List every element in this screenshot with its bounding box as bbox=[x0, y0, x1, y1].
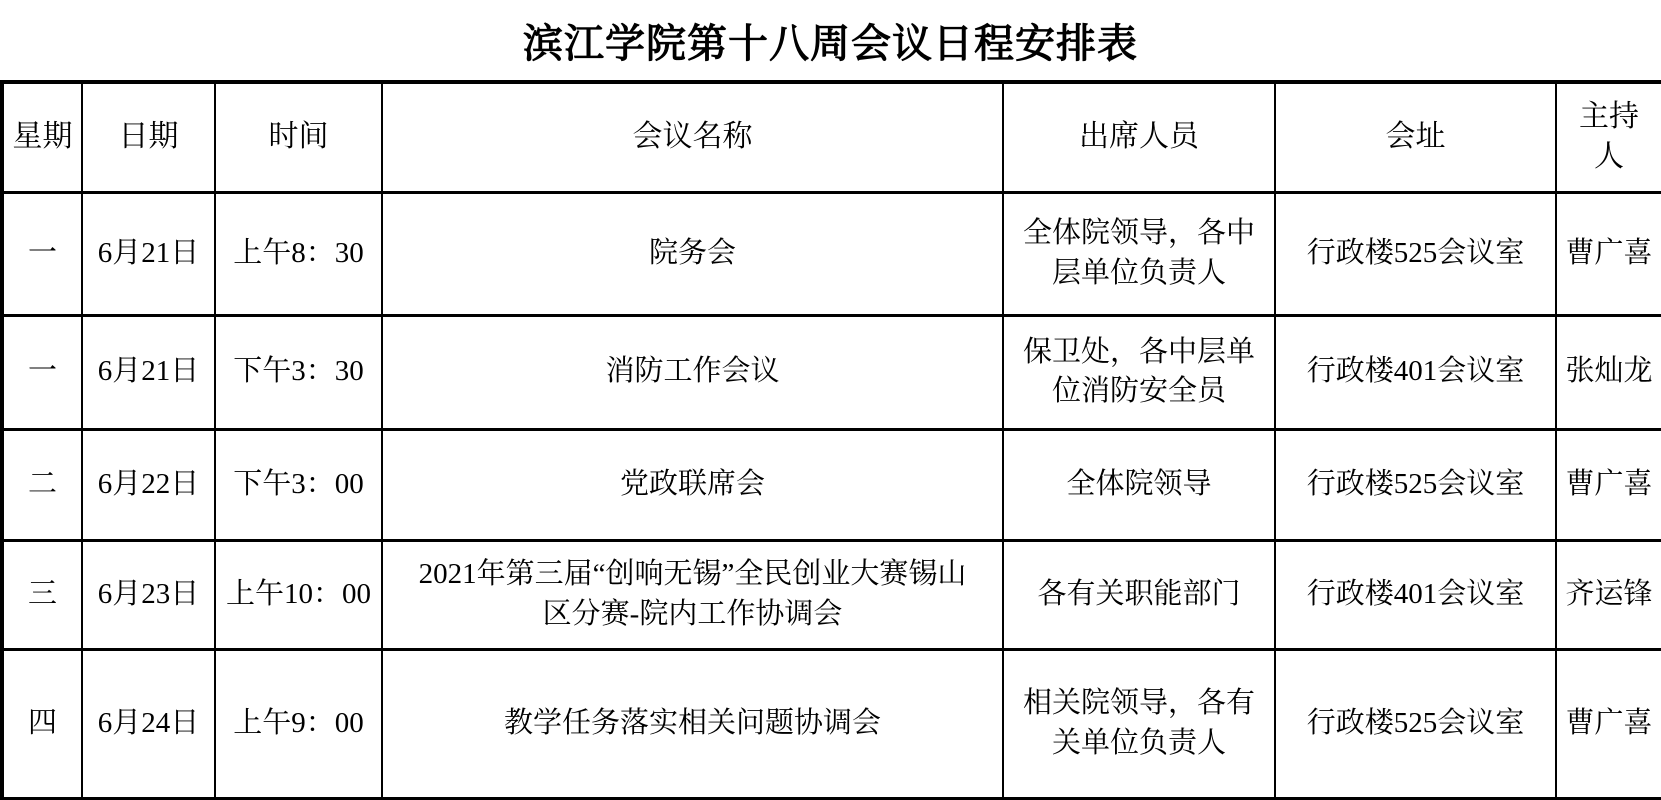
cell-date: 6月21日 bbox=[82, 315, 215, 429]
cell-weekday: 一 bbox=[2, 315, 82, 429]
cell-meeting: 党政联席会 bbox=[382, 429, 1003, 540]
cell-attendees: 全体院领导，各中层单位负责人 bbox=[1003, 192, 1275, 315]
cell-venue: 行政楼401会议室 bbox=[1275, 540, 1556, 649]
cell-date: 6月23日 bbox=[82, 540, 215, 649]
cell-venue: 行政楼525会议室 bbox=[1275, 192, 1556, 315]
column-header-date: 日期 bbox=[82, 82, 215, 192]
meeting-schedule-table: 星期 日期 时间 会议名称 出席人员 会址 主持人 一 6月21日 上午8：30… bbox=[0, 80, 1661, 800]
cell-host: 张灿龙 bbox=[1556, 315, 1661, 429]
column-header-meeting: 会议名称 bbox=[382, 82, 1003, 192]
cell-meeting: 教学任务落实相关问题协调会 bbox=[382, 649, 1003, 799]
cell-host: 曹广喜 bbox=[1556, 649, 1661, 799]
cell-host: 曹广喜 bbox=[1556, 192, 1661, 315]
cell-venue: 行政楼525会议室 bbox=[1275, 649, 1556, 799]
cell-meeting: 院务会 bbox=[382, 192, 1003, 315]
cell-attendees: 相关院领导，各有关单位负责人 bbox=[1003, 649, 1275, 799]
table-header-row: 星期 日期 时间 会议名称 出席人员 会址 主持人 bbox=[2, 82, 1661, 192]
table-row: 三 6月23日 上午10：00 2021年第三届“创响无锡”全民创业大赛锡山区分… bbox=[2, 540, 1661, 649]
cell-date: 6月24日 bbox=[82, 649, 215, 799]
column-header-venue: 会址 bbox=[1275, 82, 1556, 192]
cell-weekday: 三 bbox=[2, 540, 82, 649]
cell-weekday: 四 bbox=[2, 649, 82, 799]
cell-date: 6月21日 bbox=[82, 192, 215, 315]
cell-attendees: 各有关职能部门 bbox=[1003, 540, 1275, 649]
cell-weekday: 二 bbox=[2, 429, 82, 540]
cell-attendees: 全体院领导 bbox=[1003, 429, 1275, 540]
cell-venue: 行政楼401会议室 bbox=[1275, 315, 1556, 429]
page-title: 滨江学院第十八周会议日程安排表 bbox=[523, 12, 1138, 69]
cell-time: 上午8：30 bbox=[215, 192, 382, 315]
cell-meeting: 2021年第三届“创响无锡”全民创业大赛锡山区分赛-院内工作协调会 bbox=[382, 540, 1003, 649]
table-row: 二 6月22日 下午3：00 党政联席会 全体院领导 行政楼525会议室 曹广喜 bbox=[2, 429, 1661, 540]
title-band: 滨江学院第十八周会议日程安排表 bbox=[0, 0, 1661, 80]
table-row: 一 6月21日 上午8：30 院务会 全体院领导，各中层单位负责人 行政楼525… bbox=[2, 192, 1661, 315]
cell-date: 6月22日 bbox=[82, 429, 215, 540]
cell-meeting: 消防工作会议 bbox=[382, 315, 1003, 429]
column-header-attendees: 出席人员 bbox=[1003, 82, 1275, 192]
column-header-time: 时间 bbox=[215, 82, 382, 192]
column-header-host: 主持人 bbox=[1556, 82, 1661, 192]
cell-venue: 行政楼525会议室 bbox=[1275, 429, 1556, 540]
cell-time: 上午10：00 bbox=[215, 540, 382, 649]
cell-time: 下午3：00 bbox=[215, 429, 382, 540]
cell-host: 齐运锋 bbox=[1556, 540, 1661, 649]
column-header-weekday: 星期 bbox=[2, 82, 82, 192]
cell-time: 上午9：00 bbox=[215, 649, 382, 799]
cell-host: 曹广喜 bbox=[1556, 429, 1661, 540]
cell-attendees: 保卫处，各中层单位消防安全员 bbox=[1003, 315, 1275, 429]
cell-time: 下午3：30 bbox=[215, 315, 382, 429]
table-row: 四 6月24日 上午9：00 教学任务落实相关问题协调会 相关院领导，各有关单位… bbox=[2, 649, 1661, 799]
table-row: 一 6月21日 下午3：30 消防工作会议 保卫处，各中层单位消防安全员 行政楼… bbox=[2, 315, 1661, 429]
cell-weekday: 一 bbox=[2, 192, 82, 315]
